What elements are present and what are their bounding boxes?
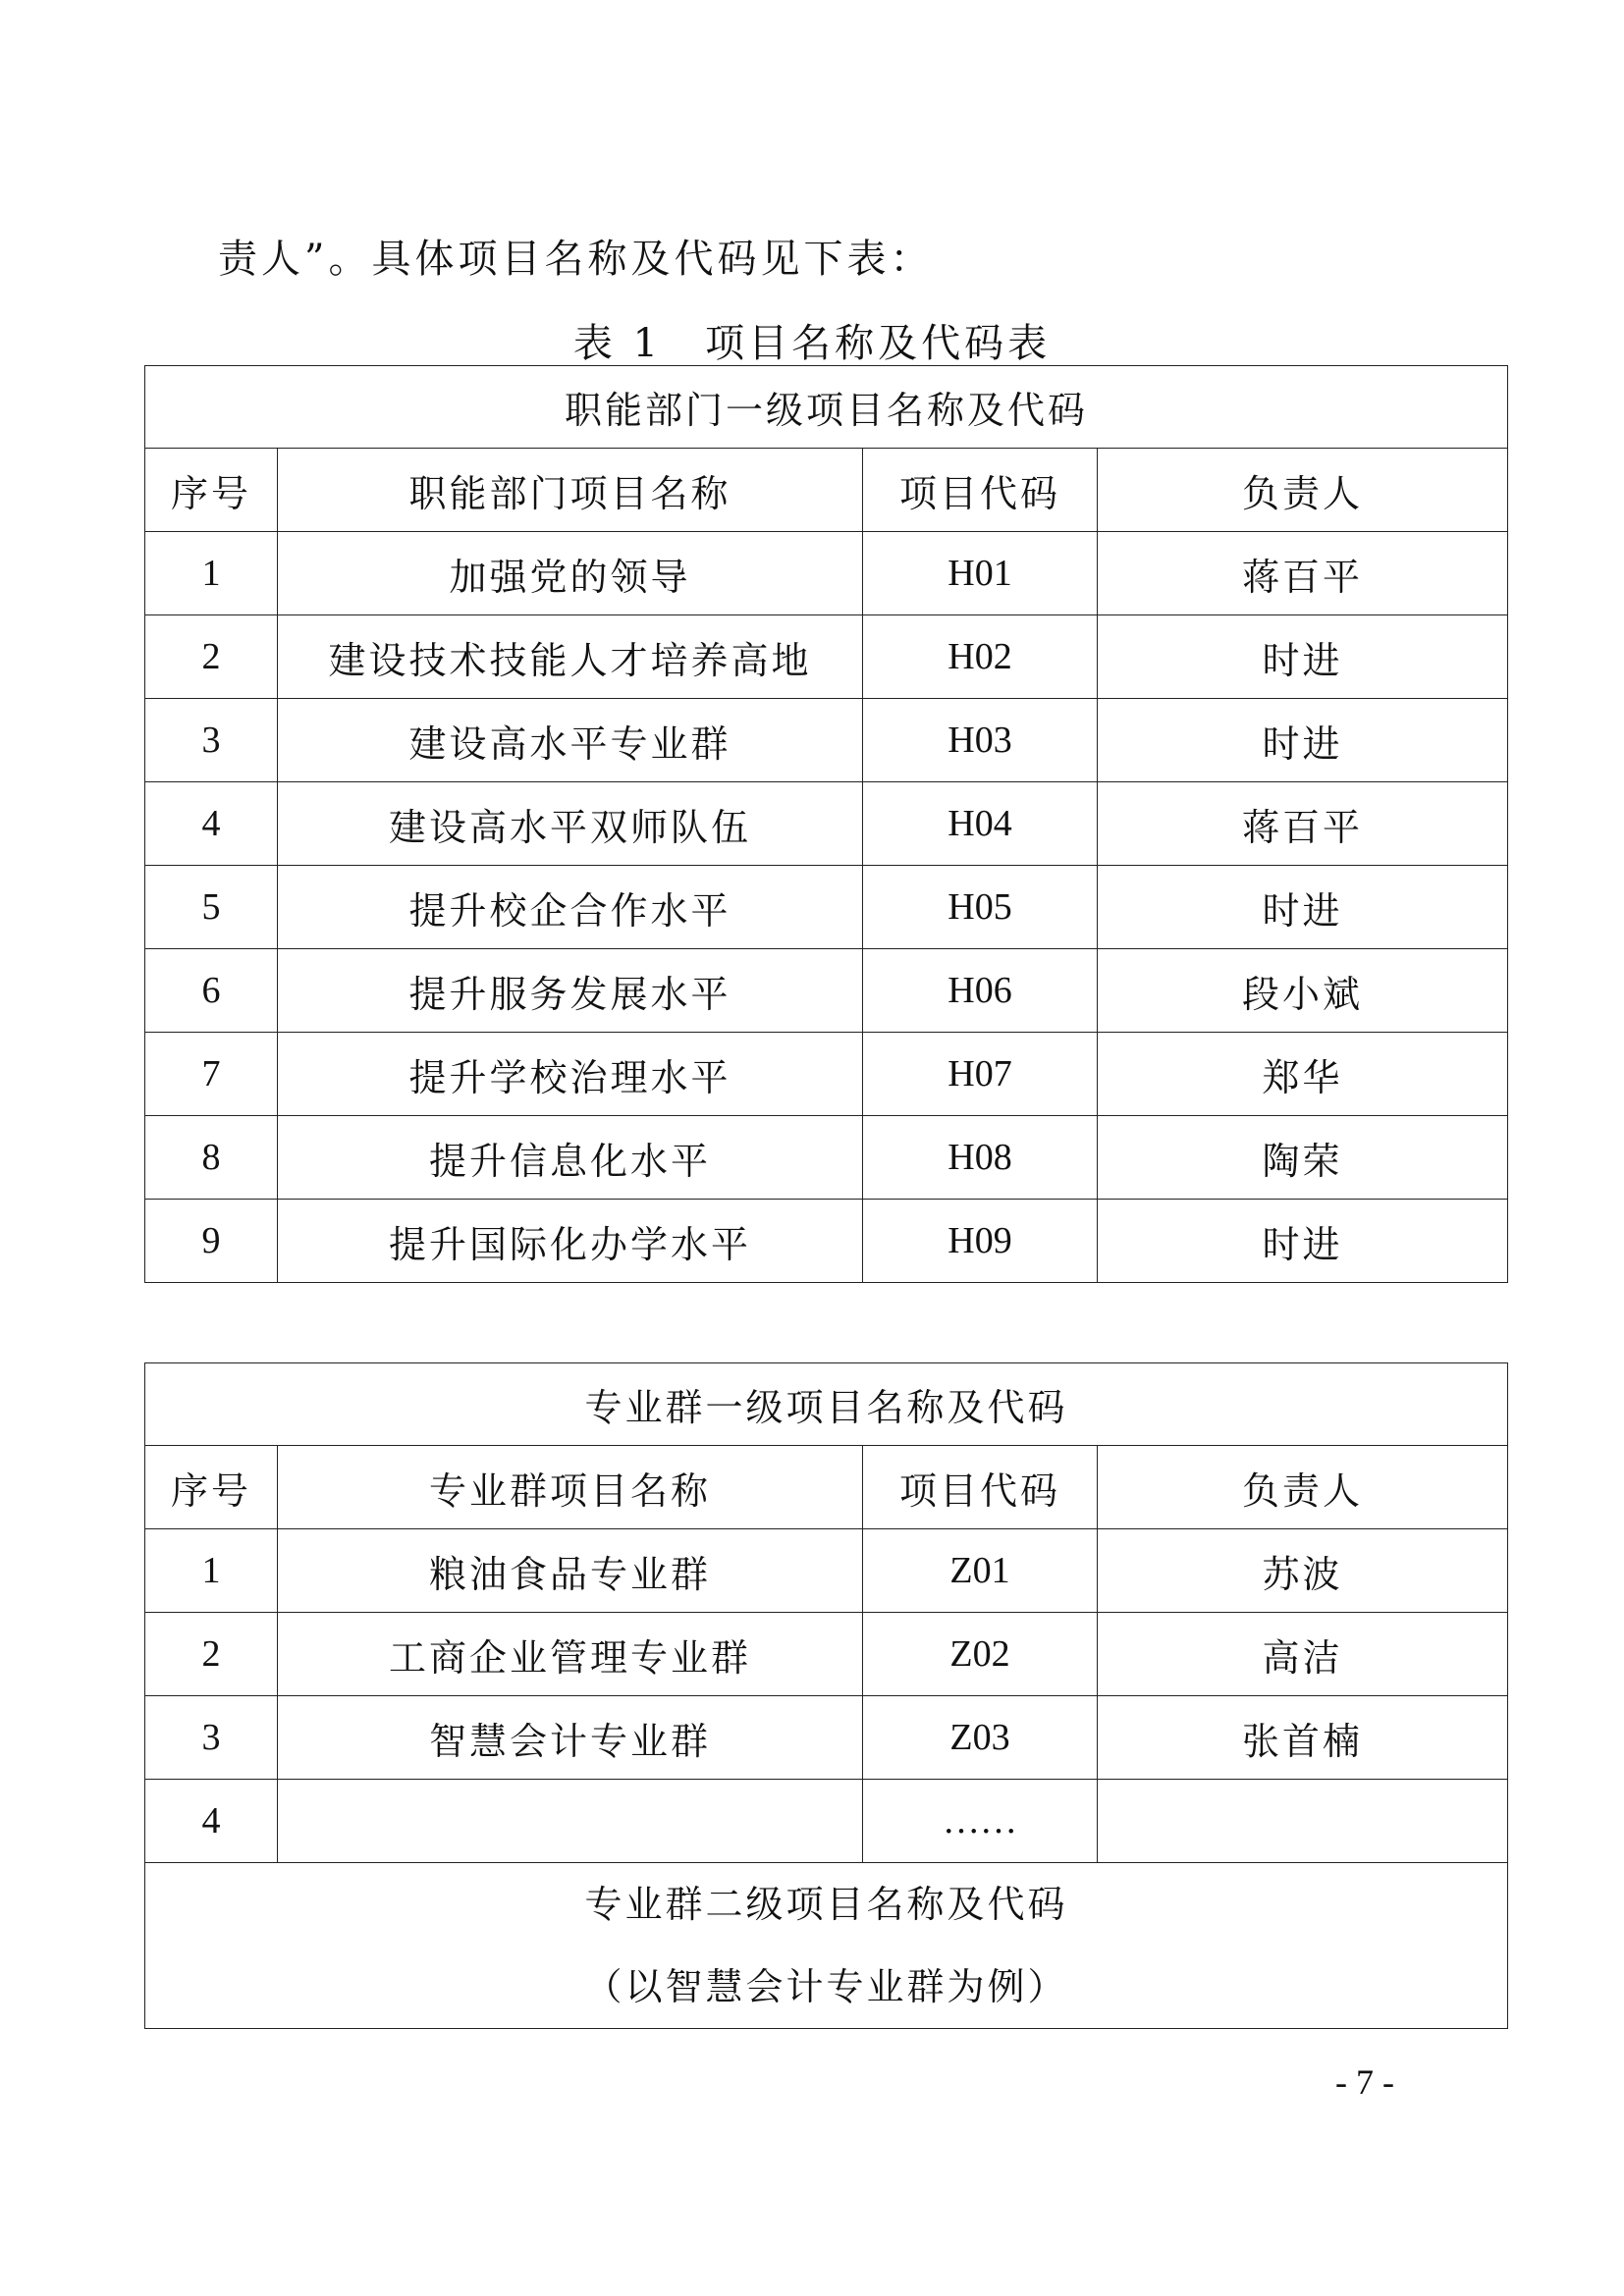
cell-index: 5 bbox=[145, 866, 278, 949]
cell-code: H05 bbox=[863, 866, 1098, 949]
cell-code: …… bbox=[863, 1780, 1098, 1863]
cell-index: 1 bbox=[145, 532, 278, 615]
specialty-group-table: 专业群一级项目名称及代码 序号 专业群项目名称 项目代码 负责人 1粮油食品专业… bbox=[144, 1362, 1508, 2029]
table-row: 4建设高水平双师队伍H04蒋百平 bbox=[145, 782, 1508, 866]
table-row: 7提升学校治理水平H07郑华 bbox=[145, 1033, 1508, 1116]
table-row: 4…… bbox=[145, 1780, 1508, 1863]
cell-name: 建设高水平双师队伍 bbox=[278, 782, 863, 866]
cell-owner: 高洁 bbox=[1098, 1613, 1508, 1696]
cell-code: H08 bbox=[863, 1116, 1098, 1200]
cell-name: 提升服务发展水平 bbox=[278, 949, 863, 1033]
secondary-subtitle: （以智慧会计专业群为例） bbox=[145, 1946, 1507, 2028]
col-header-name: 专业群项目名称 bbox=[278, 1446, 863, 1529]
table-row: 2工商企业管理专业群Z02高洁 bbox=[145, 1613, 1508, 1696]
page-number: - 7 - bbox=[1335, 2061, 1394, 2103]
col-header-index: 序号 bbox=[145, 1446, 278, 1529]
cell-index: 8 bbox=[145, 1116, 278, 1200]
cell-owner: 张首楠 bbox=[1098, 1696, 1508, 1780]
cell-name: 粮油食品专业群 bbox=[278, 1529, 863, 1613]
cell-name: 提升学校治理水平 bbox=[278, 1033, 863, 1116]
cell-code: H06 bbox=[863, 949, 1098, 1033]
cell-code: H04 bbox=[863, 782, 1098, 866]
table-row: 8提升信息化水平H08陶荣 bbox=[145, 1116, 1508, 1200]
cell-owner: 时进 bbox=[1098, 615, 1508, 699]
cell-name bbox=[278, 1780, 863, 1863]
cell-index: 4 bbox=[145, 1780, 278, 1863]
table-row: 6提升服务发展水平H06段小斌 bbox=[145, 949, 1508, 1033]
secondary-title: 专业群二级项目名称及代码 bbox=[145, 1863, 1507, 1946]
cell-index: 3 bbox=[145, 1696, 278, 1780]
cell-index: 2 bbox=[145, 615, 278, 699]
col-header-owner: 负责人 bbox=[1098, 1446, 1508, 1529]
cell-owner: 苏波 bbox=[1098, 1529, 1508, 1613]
cell-code: H07 bbox=[863, 1033, 1098, 1116]
table2-title: 专业群一级项目名称及代码 bbox=[145, 1363, 1508, 1446]
cell-code: H01 bbox=[863, 532, 1098, 615]
cell-index: 3 bbox=[145, 699, 278, 782]
col-header-code: 项目代码 bbox=[863, 1446, 1098, 1529]
cell-code: H03 bbox=[863, 699, 1098, 782]
cell-owner: 郑华 bbox=[1098, 1033, 1508, 1116]
cell-name: 提升校企合作水平 bbox=[278, 866, 863, 949]
cell-name: 建设技术技能人才培养高地 bbox=[278, 615, 863, 699]
cell-owner: 段小斌 bbox=[1098, 949, 1508, 1033]
cell-index: 4 bbox=[145, 782, 278, 866]
table-row: 1粮油食品专业群Z01苏波 bbox=[145, 1529, 1508, 1613]
cell-index: 6 bbox=[145, 949, 278, 1033]
cell-owner: 时进 bbox=[1098, 699, 1508, 782]
cell-name: 建设高水平专业群 bbox=[278, 699, 863, 782]
cell-code: Z02 bbox=[863, 1613, 1098, 1696]
table-row: 9提升国际化办学水平H09时进 bbox=[145, 1200, 1508, 1283]
cell-code: Z03 bbox=[863, 1696, 1098, 1780]
col-header-code: 项目代码 bbox=[863, 449, 1098, 532]
cell-owner: 时进 bbox=[1098, 1200, 1508, 1283]
cell-name: 提升国际化办学水平 bbox=[278, 1200, 863, 1283]
cell-name: 智慧会计专业群 bbox=[278, 1696, 863, 1780]
table1-title: 职能部门一级项目名称及代码 bbox=[145, 366, 1508, 449]
table-caption: 表 1 项目名称及代码表 bbox=[0, 312, 1624, 368]
cell-owner bbox=[1098, 1780, 1508, 1863]
cell-name: 提升信息化水平 bbox=[278, 1116, 863, 1200]
col-header-owner: 负责人 bbox=[1098, 449, 1508, 532]
col-header-index: 序号 bbox=[145, 449, 278, 532]
table2-header-row: 序号 专业群项目名称 项目代码 负责人 bbox=[145, 1446, 1508, 1529]
table-row: 3智慧会计专业群Z03张首楠 bbox=[145, 1696, 1508, 1780]
cell-owner: 蒋百平 bbox=[1098, 532, 1508, 615]
cell-code: Z01 bbox=[863, 1529, 1098, 1613]
cell-index: 7 bbox=[145, 1033, 278, 1116]
table-row: 2建设技术技能人才培养高地H02时进 bbox=[145, 615, 1508, 699]
intro-paragraph: 责人”。具体项目名称及代码见下表： bbox=[218, 228, 933, 284]
cell-code: H02 bbox=[863, 615, 1098, 699]
cell-name: 工商企业管理专业群 bbox=[278, 1613, 863, 1696]
table-row: 3建设高水平专业群H03时进 bbox=[145, 699, 1508, 782]
functional-dept-table: 职能部门一级项目名称及代码 序号 职能部门项目名称 项目代码 负责人 1加强党的… bbox=[144, 365, 1508, 1283]
table2-footer: 专业群二级项目名称及代码 （以智慧会计专业群为例） bbox=[145, 1863, 1508, 2029]
cell-index: 9 bbox=[145, 1200, 278, 1283]
cell-name: 加强党的领导 bbox=[278, 532, 863, 615]
cell-index: 2 bbox=[145, 1613, 278, 1696]
cell-index: 1 bbox=[145, 1529, 278, 1613]
cell-owner: 陶荣 bbox=[1098, 1116, 1508, 1200]
table1-header-row: 序号 职能部门项目名称 项目代码 负责人 bbox=[145, 449, 1508, 532]
table-row: 1加强党的领导H01蒋百平 bbox=[145, 532, 1508, 615]
cell-code: H09 bbox=[863, 1200, 1098, 1283]
cell-owner: 蒋百平 bbox=[1098, 782, 1508, 866]
table-row: 5提升校企合作水平H05时进 bbox=[145, 866, 1508, 949]
cell-owner: 时进 bbox=[1098, 866, 1508, 949]
col-header-name: 职能部门项目名称 bbox=[278, 449, 863, 532]
